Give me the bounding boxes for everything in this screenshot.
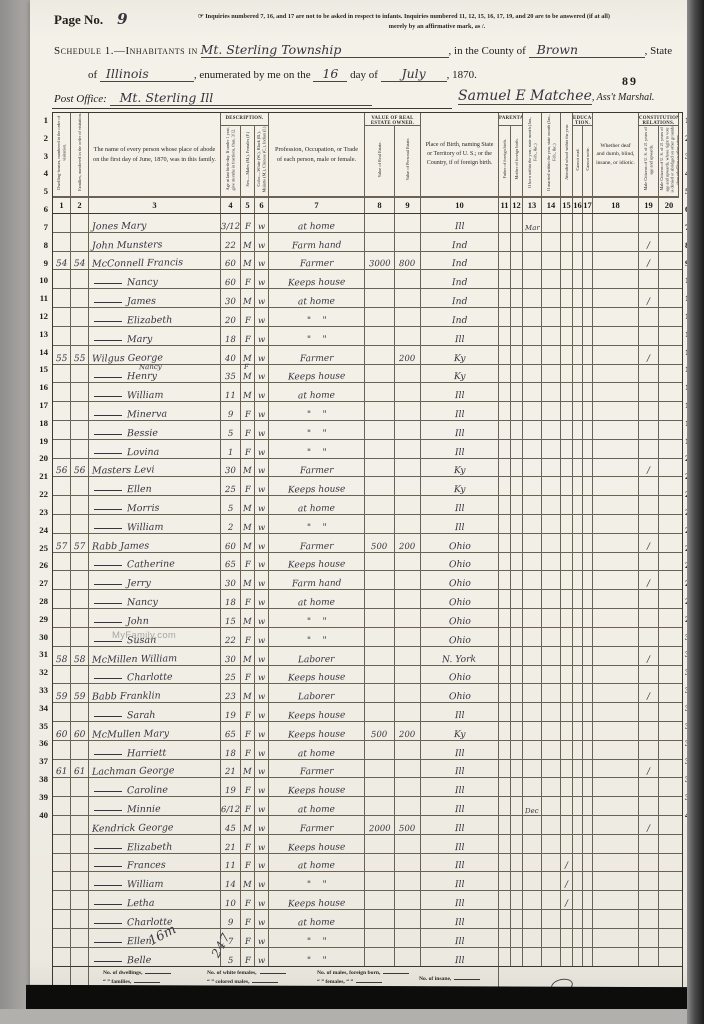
cell-deaf-dumb <box>593 402 639 420</box>
cell-deaf-dumb <box>593 760 639 778</box>
cell-male-citizen: / <box>639 571 659 589</box>
cell-father-foreign <box>499 421 511 439</box>
line-number-left-34: 34 <box>32 700 50 718</box>
cell-attended-school <box>561 515 573 533</box>
cell-age: 5 <box>221 421 241 439</box>
cell-deaf-dumb <box>593 854 639 872</box>
cell-cannot-write <box>583 703 593 721</box>
cell-birthplace: Ill <box>421 854 499 872</box>
cell-occupation: Keeps house <box>269 553 365 571</box>
month-value: July <box>381 66 447 82</box>
cell-vote-denied <box>659 365 679 383</box>
cell-vote-denied <box>659 609 679 627</box>
cell-name: Minnie <box>89 797 221 815</box>
cell-name: Charlotte <box>89 666 221 684</box>
cell-personal-estate-value <box>395 477 421 495</box>
cell-birthplace: Ind <box>421 308 499 326</box>
cell-cannot-read <box>573 684 583 702</box>
cell-dwelling-number <box>53 440 71 458</box>
cell-family-number <box>71 477 89 495</box>
column-label-3: The name of every person whose place of … <box>89 113 220 196</box>
cell-occupation: " " <box>269 929 365 947</box>
cell-vote-denied <box>659 647 679 665</box>
cell-name: McConnell Francis <box>89 252 221 270</box>
cell-attended-school <box>561 571 573 589</box>
column-number-8: 8 <box>365 197 395 213</box>
cell-age: 60 <box>221 270 241 288</box>
cell-mother-foreign <box>511 666 523 684</box>
cell-month-born <box>523 872 542 890</box>
cell-birthplace: Ill <box>421 797 499 815</box>
cell-mother-foreign <box>511 459 523 477</box>
cell-vote-denied <box>659 929 679 947</box>
table-row: William2Mw" "Ill <box>53 515 682 534</box>
cell-family-number <box>71 233 89 251</box>
cell-dwelling-number <box>53 948 71 966</box>
cell-male-citizen <box>639 477 659 495</box>
cell-dwelling-number <box>53 289 71 307</box>
line-number-left-26: 26 <box>32 557 50 575</box>
cell-dwelling-number <box>53 816 71 834</box>
cell-dwelling-number: 58 <box>53 647 71 665</box>
cell-deaf-dumb <box>593 722 639 740</box>
column-number-18: 18 <box>593 197 639 213</box>
line-number-left-2: 2 <box>32 130 50 148</box>
cell-deaf-dumb <box>593 778 639 796</box>
cell-deaf-dumb <box>593 270 639 288</box>
cell-cannot-write <box>583 778 593 796</box>
cell-color: w <box>255 421 269 439</box>
cell-sex: F <box>241 666 255 684</box>
cell-deaf-dumb <box>593 910 639 928</box>
cell-birthplace: Ill <box>421 421 499 439</box>
instructions-note: ☞ Inquiries numbered 7, 16, and 17 are n… <box>198 12 676 32</box>
cell-personal-estate-value <box>395 270 421 288</box>
cell-male-citizen <box>639 553 659 571</box>
cell-dwelling-number <box>53 365 71 383</box>
cell-father-foreign <box>499 741 511 759</box>
cell-father-foreign <box>499 929 511 947</box>
cell-cannot-read <box>573 308 583 326</box>
cell-birthplace: Ill <box>421 402 499 420</box>
cell-real-estate-value <box>365 440 395 458</box>
line-number-left-11: 11 <box>32 290 50 308</box>
table-row: Kendrick George45MwFarmer2000500Ill/ <box>53 816 682 835</box>
cell-age: 30 <box>221 289 241 307</box>
page-number-label: Page No. <box>54 12 103 27</box>
line-number-left-17: 17 <box>32 397 50 415</box>
cell-family-number <box>71 835 89 853</box>
cell-attended-school: / <box>561 872 573 890</box>
cell-age: 19 <box>221 778 241 796</box>
cell-personal-estate-value <box>395 571 421 589</box>
cell-sex-correction: F <box>244 364 249 371</box>
cell-birthplace: Ill <box>421 383 499 401</box>
cell-male-citizen <box>639 609 659 627</box>
column-label-8: Value of Real Estate. <box>377 126 382 193</box>
column-label-6: Color.—White (W.), Black (B.), Mulatto (… <box>256 126 267 193</box>
line-number-left-18: 18 <box>32 415 50 433</box>
cell-deaf-dumb <box>593 214 639 232</box>
cell-mother-foreign <box>511 760 523 778</box>
cell-occupation: at home <box>269 854 365 872</box>
cell-male-citizen: / <box>639 760 659 778</box>
cell-sex: M <box>241 346 255 364</box>
cell-cannot-write <box>583 346 593 364</box>
cell-color: w <box>255 440 269 458</box>
cell-month-born <box>523 684 542 702</box>
cell-male-citizen <box>639 383 659 401</box>
cell-sex: F <box>241 722 255 740</box>
cell-name: Lovina <box>89 440 221 458</box>
cell-vote-denied <box>659 872 679 890</box>
column-label-13: If born within the year, state month (Ja… <box>527 113 538 192</box>
cell-mother-foreign <box>511 346 523 364</box>
cell-family-number <box>71 929 89 947</box>
cell-month-married <box>542 534 561 552</box>
cell-name: Wilgus George <box>89 346 221 364</box>
cell-month-married <box>542 835 561 853</box>
cell-cannot-read <box>573 402 583 420</box>
column-group-parentage: Parentage. <box>499 113 523 126</box>
of-label: of <box>88 69 97 81</box>
cell-male-citizen <box>639 327 659 345</box>
cell-male-citizen <box>639 590 659 608</box>
cell-real-estate-value <box>365 797 395 815</box>
column-header-12: Mother of foreign birth. <box>511 126 523 197</box>
cell-family-number: 55 <box>71 346 89 364</box>
cell-mother-foreign <box>511 383 523 401</box>
cell-male-citizen <box>639 440 659 458</box>
cell-color: w <box>255 590 269 608</box>
cell-real-estate-value <box>365 515 395 533</box>
cell-cannot-write <box>583 929 593 947</box>
cell-occupation: at home <box>269 289 365 307</box>
cell-father-foreign <box>499 515 511 533</box>
cell-sex: F <box>241 553 255 571</box>
cell-attended-school <box>561 252 573 270</box>
line-number-left-25: 25 <box>32 540 50 558</box>
table-row: Catherine65FwKeeps houseOhio <box>53 553 682 572</box>
cell-father-foreign <box>499 647 511 665</box>
cell-sex: M <box>241 684 255 702</box>
cell-age: 35 <box>221 365 241 383</box>
cell-deaf-dumb <box>593 515 639 533</box>
line-number-left-9: 9 <box>32 255 50 273</box>
cell-deaf-dumb <box>593 741 639 759</box>
cell-occupation: Keeps house <box>269 722 365 740</box>
cell-name: Masters Levi <box>89 459 221 477</box>
cell-birthplace: Ohio <box>421 628 499 646</box>
cell-cannot-read <box>573 590 583 608</box>
cell-month-married <box>542 797 561 815</box>
cell-father-foreign <box>499 628 511 646</box>
cell-cannot-write <box>583 666 593 684</box>
cell-month-married <box>542 383 561 401</box>
cell-family-number <box>71 327 89 345</box>
column-header-4: Age at last birth-day. If under 1 year, … <box>221 126 241 197</box>
cell-birthplace: Ky <box>421 722 499 740</box>
cell-cannot-write <box>583 496 593 514</box>
cell-cannot-write <box>583 854 593 872</box>
column-label-18: Whether deaf and dumb, blind, insane, or… <box>593 113 638 196</box>
cell-sex: F <box>241 308 255 326</box>
cell-personal-estate-value: 200 <box>395 722 421 740</box>
cell-month-married <box>542 778 561 796</box>
cell-occupation: Keeps house <box>269 703 365 721</box>
cell-vote-denied <box>659 778 679 796</box>
column-header-3: The name of every person whose place of … <box>89 113 221 197</box>
cell-dwelling-number <box>53 327 71 345</box>
cell-color: w <box>255 496 269 514</box>
cell-vote-denied <box>659 590 679 608</box>
cell-cannot-read <box>573 553 583 571</box>
cell-occupation: Keeps house <box>269 477 365 495</box>
cell-color: w <box>255 929 269 947</box>
tally-label: No. of white females, <box>207 969 286 979</box>
cell-vote-denied <box>659 666 679 684</box>
cell-father-foreign <box>499 214 511 232</box>
cell-age: 19 <box>221 703 241 721</box>
line-number-left-39: 39 <box>32 789 50 807</box>
cell-cannot-read <box>573 496 583 514</box>
cell-age: 10 <box>221 891 241 909</box>
cell-mother-foreign <box>511 402 523 420</box>
cell-name: Kendrick George <box>89 816 221 834</box>
cell-family-number <box>71 628 89 646</box>
cell-father-foreign <box>499 891 511 909</box>
cell-real-estate-value <box>365 553 395 571</box>
cell-color: w <box>255 647 269 665</box>
cell-age: 25 <box>221 666 241 684</box>
cell-vote-denied <box>659 760 679 778</box>
cell-month-married <box>542 910 561 928</box>
table-row: James30Mwat homeInd/ <box>53 289 682 308</box>
cell-cannot-read <box>573 778 583 796</box>
year-label: , 1870. <box>447 69 477 81</box>
cell-cannot-read <box>573 365 583 383</box>
cell-family-number: 56 <box>71 459 89 477</box>
column-header-17: Cannot write. <box>583 126 593 197</box>
column-number-14: 14 <box>542 197 561 213</box>
line-number-left-24: 24 <box>32 522 50 540</box>
day-of-label: day of <box>350 69 378 81</box>
column-header-7: Profession, Occupation, or Trade of each… <box>269 113 365 197</box>
cell-sex: M <box>241 496 255 514</box>
cell-sex: F <box>241 214 255 232</box>
cell-name: Frances <box>89 854 221 872</box>
cell-occupation: Farmer <box>269 816 365 834</box>
line-number-left-40: 40 <box>32 807 50 825</box>
cell-personal-estate-value <box>395 741 421 759</box>
cell-age: 5 <box>221 496 241 514</box>
cell-vote-denied <box>659 910 679 928</box>
cell-mother-foreign <box>511 571 523 589</box>
cell-family-number: 60 <box>71 722 89 740</box>
cell-month-married <box>542 289 561 307</box>
cell-name: Jerry <box>89 571 221 589</box>
cell-mother-foreign <box>511 214 523 232</box>
cell-month-born <box>523 477 542 495</box>
table-row: Bessie5Fw" "Ill <box>53 421 682 440</box>
cell-real-estate-value <box>365 948 395 966</box>
cell-real-estate-value <box>365 459 395 477</box>
column-number-9: 9 <box>395 197 421 213</box>
cell-deaf-dumb <box>593 609 639 627</box>
cell-father-foreign <box>499 365 511 383</box>
line-number-left-15: 15 <box>32 361 50 379</box>
cell-father-foreign <box>499 534 511 552</box>
cell-cannot-write <box>583 571 593 589</box>
cell-month-married <box>542 816 561 834</box>
cell-month-born <box>523 760 542 778</box>
cell-personal-estate-value <box>395 891 421 909</box>
cell-personal-estate-value: 200 <box>395 534 421 552</box>
cell-personal-estate-value <box>395 515 421 533</box>
cell-family-number <box>71 515 89 533</box>
cell-vote-denied <box>659 816 679 834</box>
cell-father-foreign <box>499 571 511 589</box>
cell-father-foreign <box>499 910 511 928</box>
cell-month-born <box>523 778 542 796</box>
cell-father-foreign <box>499 778 511 796</box>
cell-vote-denied <box>659 515 679 533</box>
cell-birthplace: Ill <box>421 872 499 890</box>
column-group-education: Educa-tion. <box>573 113 593 126</box>
column-header-16: Cannot read. <box>573 126 583 197</box>
cell-month-married <box>542 421 561 439</box>
cell-mother-foreign <box>511 289 523 307</box>
cell-color: w <box>255 797 269 815</box>
cell-cannot-write <box>583 647 593 665</box>
signature-line: Samuel E Matchee, Ass't Marshal. <box>458 88 654 104</box>
cell-personal-estate-value <box>395 910 421 928</box>
cell-real-estate-value <box>365 590 395 608</box>
cell-cannot-write <box>583 365 593 383</box>
cell-age: 11 <box>221 383 241 401</box>
cell-birthplace: Ill <box>421 910 499 928</box>
cell-personal-estate-value <box>395 496 421 514</box>
cell-occupation: Farmer <box>269 534 365 552</box>
cell-month-married <box>542 609 561 627</box>
scan-background <box>0 1009 704 1024</box>
cell-month-born <box>523 590 542 608</box>
cell-male-citizen: / <box>639 289 659 307</box>
cell-cannot-read <box>573 233 583 251</box>
cell-month-married <box>542 365 561 383</box>
cell-vote-denied <box>659 496 679 514</box>
cell-vote-denied <box>659 383 679 401</box>
page-number-value: 9 <box>117 10 127 28</box>
page-number: Page No.9 <box>54 10 128 28</box>
cell-occupation: Laborer <box>269 647 365 665</box>
cell-age: 30 <box>221 459 241 477</box>
cell-color: w <box>255 872 269 890</box>
cell-real-estate-value <box>365 289 395 307</box>
cell-age: 23 <box>221 684 241 702</box>
cell-cannot-write <box>583 760 593 778</box>
column-label-4: Age at last birth-day. If under 1 year, … <box>225 126 236 193</box>
cell-color: w <box>255 910 269 928</box>
day-value: 16 <box>313 66 347 82</box>
cell-attended-school <box>561 722 573 740</box>
cell-mother-foreign <box>511 910 523 928</box>
cell-month-born <box>523 628 542 646</box>
column-number-16: 16 <box>573 197 583 213</box>
cell-occupation: at home <box>269 590 365 608</box>
cell-family-number <box>71 383 89 401</box>
cell-color: w <box>255 289 269 307</box>
cell-cannot-read <box>573 628 583 646</box>
cell-mother-foreign <box>511 647 523 665</box>
cell-cannot-read <box>573 515 583 533</box>
cell-real-estate-value <box>365 929 395 947</box>
cell-month-born <box>523 270 542 288</box>
cell-month-married <box>542 854 561 872</box>
column-number-5: 5 <box>241 197 255 213</box>
cell-mother-foreign <box>511 722 523 740</box>
cell-cannot-read <box>573 797 583 815</box>
cell-sex: M <box>241 289 255 307</box>
cell-occupation: Farm hand <box>269 571 365 589</box>
cell-family-number <box>71 948 89 966</box>
line-number-left-13: 13 <box>32 326 50 344</box>
line-number-left-19: 19 <box>32 433 50 451</box>
cell-month-born <box>523 609 542 627</box>
cell-male-citizen <box>639 308 659 326</box>
cell-birthplace: Ill <box>421 948 499 966</box>
cell-dwelling-number <box>53 233 71 251</box>
column-number-1: 1 <box>53 197 71 213</box>
cell-birthplace: N. York <box>421 647 499 665</box>
cell-attended-school <box>561 365 573 383</box>
cell-family-number <box>71 421 89 439</box>
cell-real-estate-value <box>365 477 395 495</box>
cell-deaf-dumb <box>593 496 639 514</box>
cell-month-born <box>523 741 542 759</box>
cell-vote-denied <box>659 741 679 759</box>
cell-attended-school <box>561 816 573 834</box>
cell-month-born: Mar <box>523 214 542 232</box>
cell-vote-denied <box>659 703 679 721</box>
cell-mother-foreign <box>511 628 523 646</box>
line-number-left-6: 6 <box>32 201 50 219</box>
cell-vote-denied <box>659 477 679 495</box>
cell-sex: F <box>241 440 255 458</box>
cell-age: 1 <box>221 440 241 458</box>
cell-cannot-write <box>583 816 593 834</box>
sheet-number-stamp: 89 <box>622 74 638 89</box>
cell-dwelling-number <box>53 910 71 928</box>
cell-cannot-write <box>583 327 593 345</box>
cell-vote-denied <box>659 308 679 326</box>
cell-color: w <box>255 233 269 251</box>
cell-personal-estate-value <box>395 421 421 439</box>
cell-cannot-write <box>583 534 593 552</box>
cell-sex: F <box>241 402 255 420</box>
table-row: Morris5Mwat homeIll <box>53 496 682 515</box>
cell-deaf-dumb <box>593 440 639 458</box>
cell-deaf-dumb <box>593 816 639 834</box>
cell-family-number <box>71 571 89 589</box>
cell-month-born <box>523 835 542 853</box>
line-numbers-left: 1234567891011121314151617181920212223242… <box>32 112 50 825</box>
cell-name: Elizabeth <box>89 308 221 326</box>
column-header-19: Male Citizens of U. S. of 21 years of ag… <box>639 126 659 197</box>
table-row: 5656Masters Levi30MwFarmerKy/ <box>53 459 682 478</box>
cell-name: William <box>89 383 221 401</box>
cell-family-number: 58 <box>71 647 89 665</box>
